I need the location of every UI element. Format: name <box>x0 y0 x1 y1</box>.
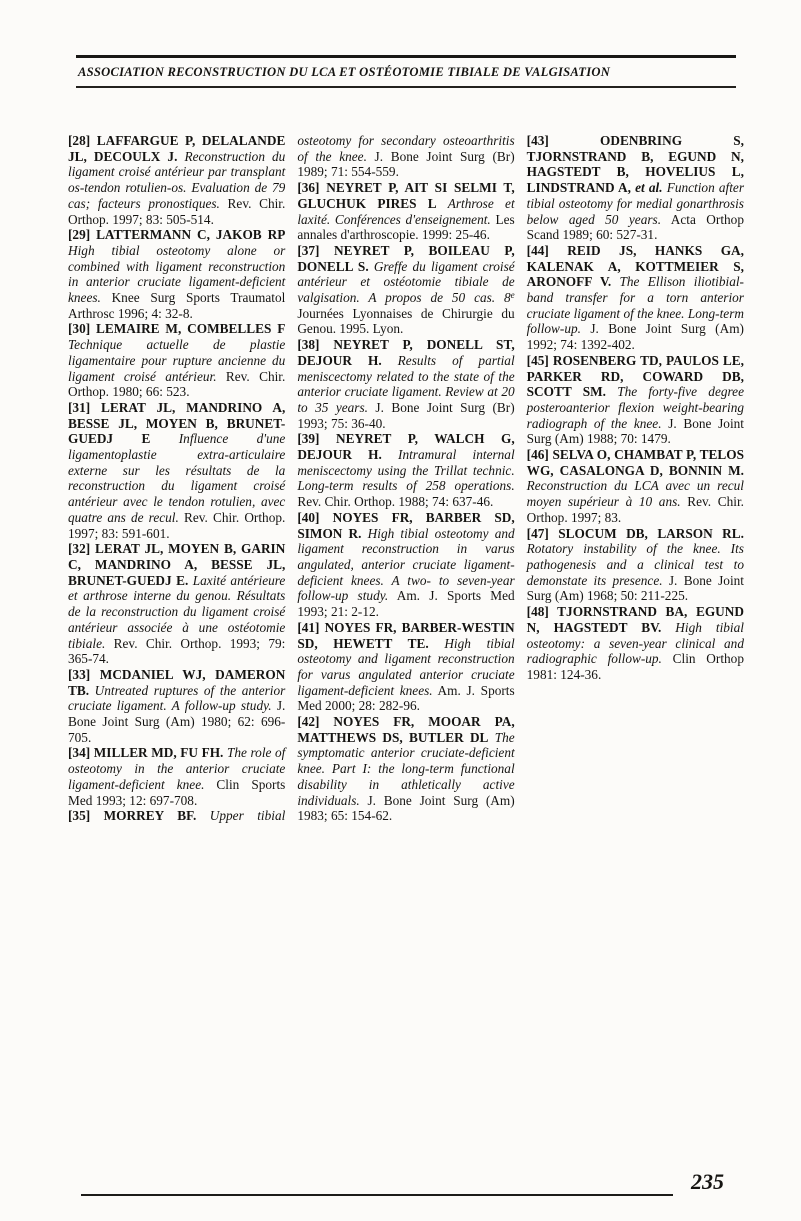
reference-item-46: [46] SELVA O, CHAMBAT P, TELOS WG, CASAL… <box>527 447 744 526</box>
footer-rule <box>81 1194 673 1196</box>
reference-item-29: [29] LATTERMANN C, JAKOB RP High tibial … <box>68 227 285 321</box>
references: [28] LAFFARGUE P, DELALANDE JL, DECOULX … <box>68 133 744 838</box>
reference-segment-bold: [46] SELVA O, CHAMBAT P, TELOS WG, CASAL… <box>527 447 744 478</box>
reference-item-33: [33] MCDANIEL WJ, DAMERON TB. Untreated … <box>68 667 285 746</box>
reference-segment-bold: [30] LEMAIRE M, COMBELLES F <box>68 321 285 336</box>
reference-item-31: [31] LERAT JL, MANDRINO A, BESSE JL, MOY… <box>68 400 285 541</box>
reference-item-41: [41] NOYES FR, BARBER-WESTIN SD, HEWETT … <box>297 620 514 714</box>
reference-item-32: [32] LERAT JL, MOYEN B, GARIN C, MANDRIN… <box>68 541 285 667</box>
reference-item-39: [39] NEYRET P, WALCH G, DEJOUR H. Intram… <box>297 431 514 510</box>
header-rule-bottom <box>76 86 736 88</box>
reference-segment-bold: [35] MORREY BF. <box>68 808 196 823</box>
reference-segment-roman: Knee Surg Sports Traumatol Arthrosc 1996… <box>68 290 285 321</box>
page-number: 235 <box>691 1169 724 1195</box>
reference-segment-roman: Journées Lyonnaises de Chirurgie du Geno… <box>297 306 514 337</box>
reference-item-34: [34] MILLER MD, FU FH. The role of osteo… <box>68 745 285 808</box>
running-head: ASSOCIATION RECONSTRUCTION DU LCA ET OST… <box>76 55 736 88</box>
reference-item-44: [44] REID JS, HANKS GA, KALENAK A, KOTTM… <box>527 243 744 353</box>
header-rule-top <box>76 55 736 58</box>
reference-item-37: [37] NEYRET P, BOILEAU P, DONELL S. Gref… <box>297 243 514 337</box>
reference-segment-sup: e <box>511 290 515 300</box>
reference-item-43: [43] ODENBRING S, TJORNSTRAND B, EGUND N… <box>527 133 744 243</box>
reference-segment-bold: [29] LATTERMANN C, JAKOB RP <box>68 227 285 242</box>
reference-item-42: [42] NOYES FR, MOOAR PA, MATTHEWS DS, BU… <box>297 714 514 824</box>
reference-item-36: [36] NEYRET P, AIT SI SELMI T, GLUCHUK P… <box>297 180 514 243</box>
reference-item-47: [47] SLOCUM DB, LARSON RL. Rotatory inst… <box>527 526 744 605</box>
document-page: ASSOCIATION RECONSTRUCTION DU LCA ET OST… <box>0 0 801 1221</box>
reference-item-38: [38] NEYRET P, DONELL ST, DEJOUR H. Resu… <box>297 337 514 431</box>
reference-segment-italic: Untreated ruptures of the anterior cruci… <box>68 683 285 714</box>
reference-item-30: [30] LEMAIRE M, COMBELLES F Technique ac… <box>68 321 285 400</box>
reference-segment-bold: [34] MILLER MD, FU FH. <box>68 745 223 760</box>
reference-segment-bolditalic: et al. <box>635 180 662 195</box>
reference-item-40: [40] NOYES FR, BARBER SD, SIMON R. High … <box>297 510 514 620</box>
reference-segment-bold: [47] SLOCUM DB, LARSON RL. <box>527 526 744 541</box>
reference-segment-roman: Rev. Chir. Orthop. 1988; 74: 637-46. <box>297 494 493 509</box>
running-head-title: ASSOCIATION RECONSTRUCTION DU LCA ET OST… <box>78 65 736 80</box>
reference-item-28: [28] LAFFARGUE P, DELALANDE JL, DECOULX … <box>68 133 285 227</box>
reference-item-48: [48] TJORNSTRAND BA, EGUND N, HAGSTEDT B… <box>527 604 744 683</box>
reference-segment-bold: [42] NOYES FR, MOOAR PA, MATTHEWS DS, BU… <box>297 714 514 745</box>
reference-item-45: [45] ROSENBERG TD, PAULOS LE, PARKER RD,… <box>527 353 744 447</box>
